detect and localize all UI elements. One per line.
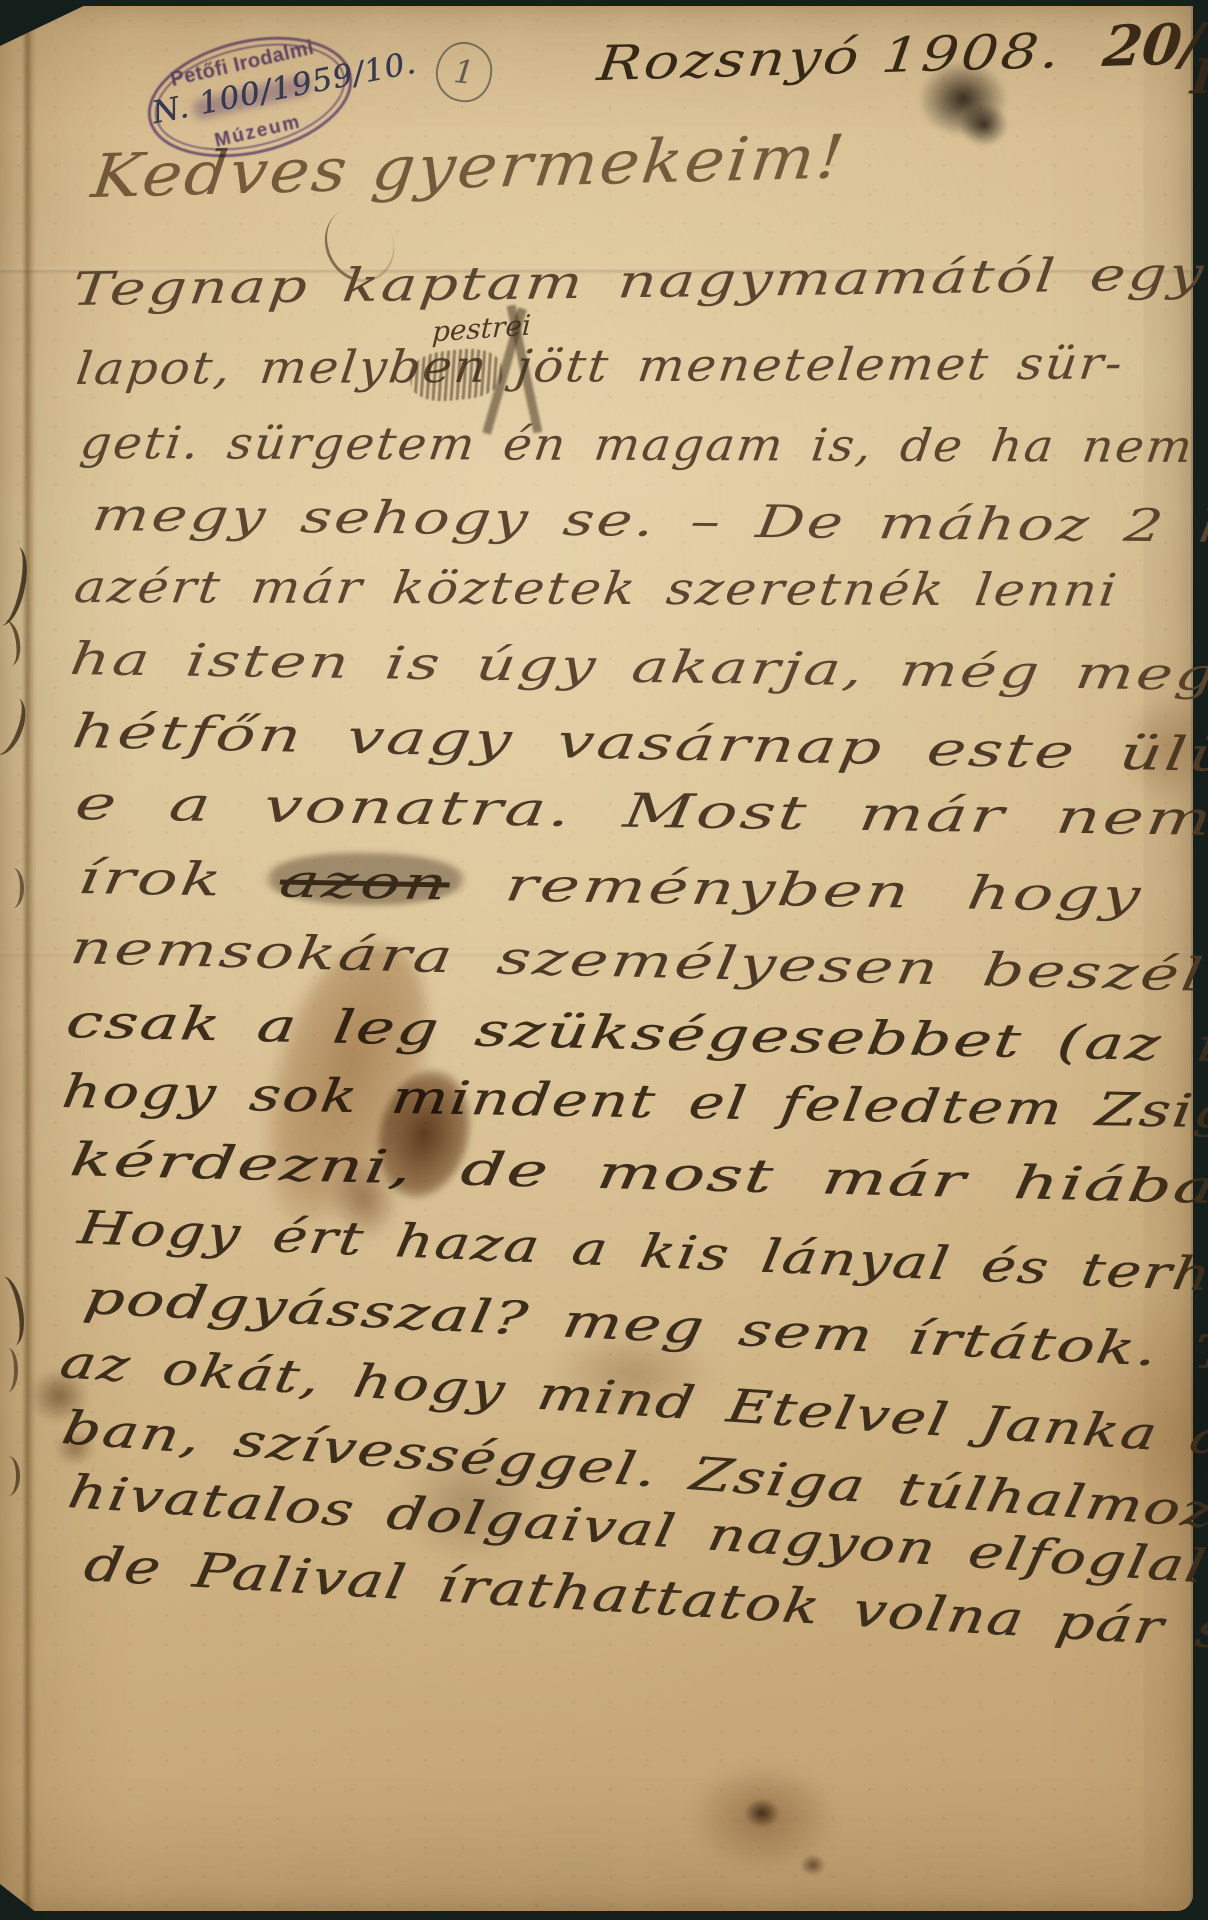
letter-line-9: írok azon reményben hogy: [75, 850, 1147, 922]
dateline: Rozsnyó 1908. 20/ I.: [594, 10, 1208, 94]
struck-word: azon: [276, 854, 453, 911]
stray-ink-mark: [0, 1348, 18, 1392]
scanned-letter-page: { "scan": { "background_color": "#151f1c…: [0, 0, 1208, 1920]
dateline-day: 20/: [1100, 11, 1206, 80]
ink-blot-dateline: [958, 102, 1010, 148]
letter-line-3: geti. sürgetem én magam is, de ha nem: [77, 416, 1197, 473]
letter-line-2: lapot, melyben jött menetelemet sür-: [74, 336, 1128, 395]
ink-spot-bottom: [800, 1854, 826, 1876]
letter-line-11: csak a leg szükségesebbet (az igaz: [63, 994, 1208, 1075]
letter-line-4: megy sehogy se. – De mához 2 hétre: [89, 488, 1208, 554]
letter-line-8: e a vonatra. Most már nem is: [72, 776, 1208, 848]
stray-ink-mark: [2, 868, 24, 908]
letter-line-5: azért már köztetek szeretnék lenni: [71, 560, 1121, 617]
line-9-post: reményben hogy: [446, 857, 1147, 923]
page-number-circle: 1: [433, 39, 495, 105]
letter-line-10: nemsokára személyesen beszélünk: [67, 920, 1208, 1005]
page-number: 1: [452, 52, 476, 92]
dateline-place-year: Rozsnyó 1908.: [595, 23, 1065, 92]
letter-paper: Petőfi Irodalmi Múzeum N. 100/1959/10. 1…: [0, 6, 1193, 1911]
ink-spot-bottom: [744, 1798, 780, 1828]
letter-line-12: hogy sok mindent el feledtem Zsigától: [59, 1064, 1208, 1140]
stray-ink-mark: [0, 619, 23, 668]
letter-line-6: ha isten is úgy akarja, még megírom: [67, 632, 1208, 703]
stray-ink-mark: [0, 1456, 20, 1496]
line-9-pre: írok: [75, 850, 284, 907]
stain-bottom: [688, 1762, 838, 1872]
letter-line-7: hétfőn vagy vasárnap este ülünk: [69, 704, 1208, 785]
left-fold-line: [22, 6, 36, 1911]
letter-line-1: Tegnap kaptam nagymamától egy lev.: [70, 244, 1208, 316]
